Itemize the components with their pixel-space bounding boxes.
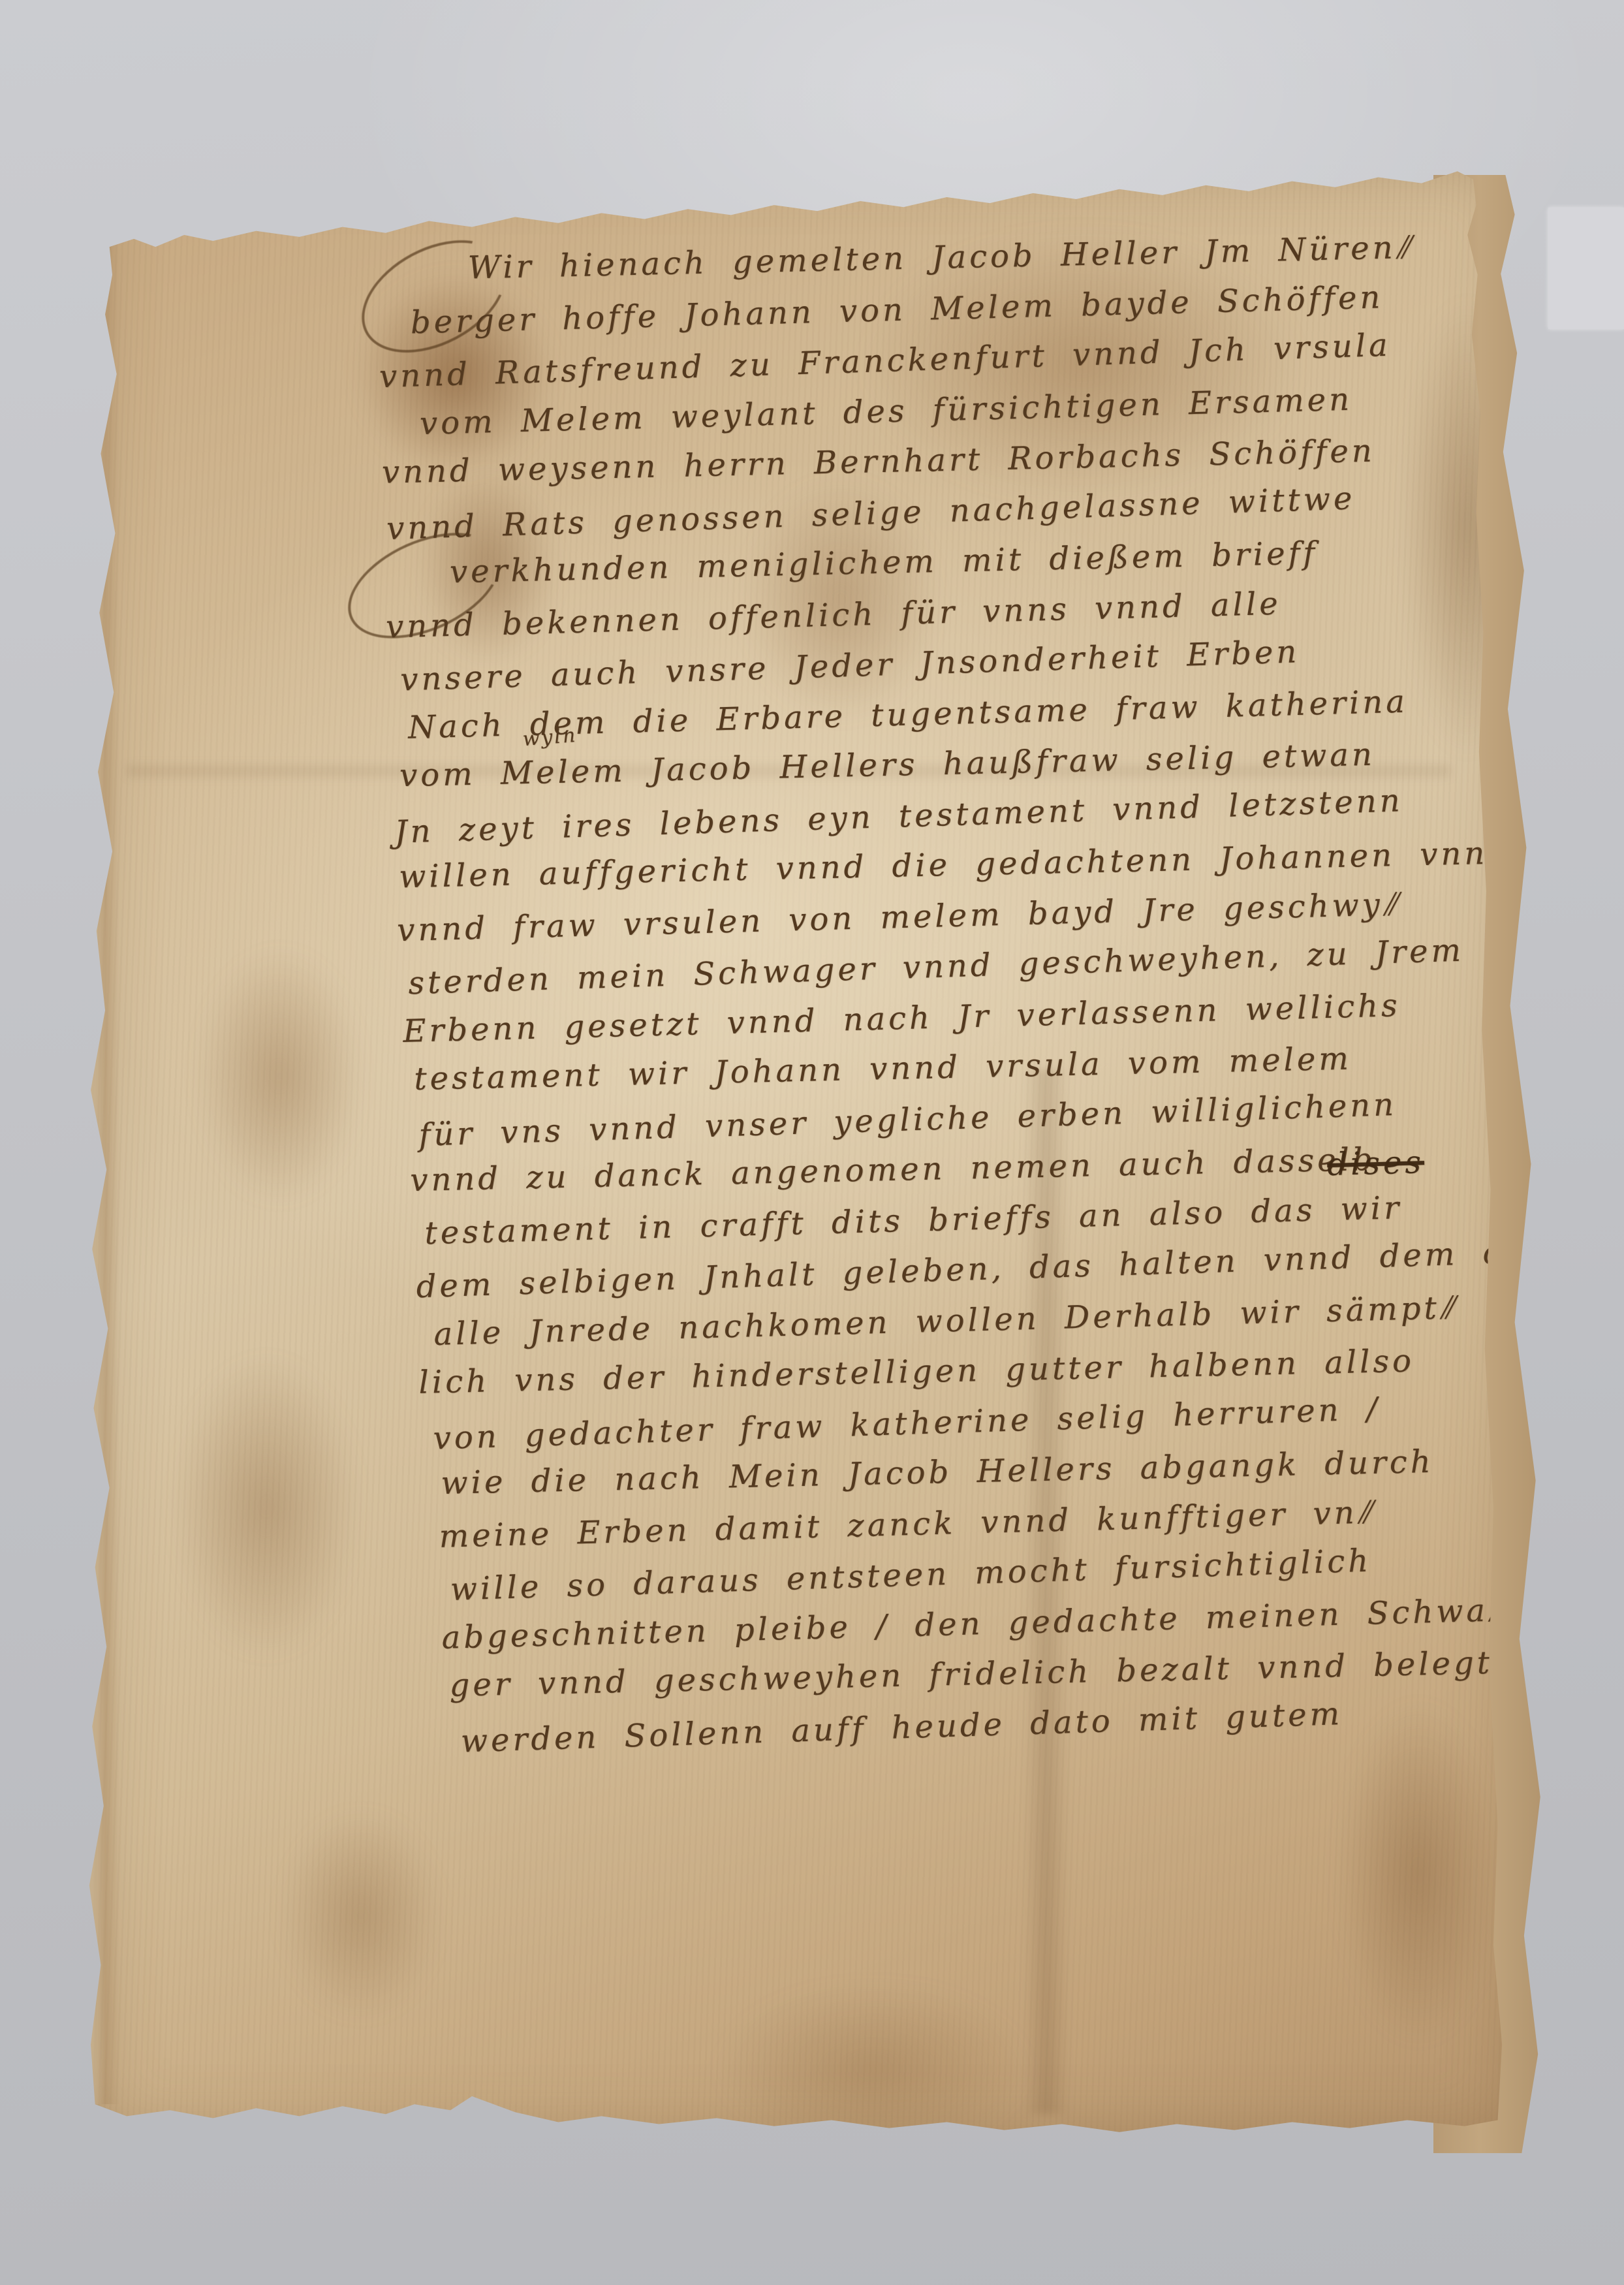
handwritten-text-block: Wir hienach gemelten Jacob Heller Jm Nür… xyxy=(369,218,1557,1765)
tape-strip xyxy=(1548,208,1624,329)
manuscript-page: 1520.. Wir hienach gemelten Jacob Heller… xyxy=(84,155,1522,2144)
stain xyxy=(168,906,390,1246)
stain xyxy=(253,1774,469,2055)
interlinear-insertion: wyln xyxy=(522,726,578,749)
struck-word: dises xyxy=(1326,1137,1425,1190)
stain xyxy=(142,1304,390,1709)
